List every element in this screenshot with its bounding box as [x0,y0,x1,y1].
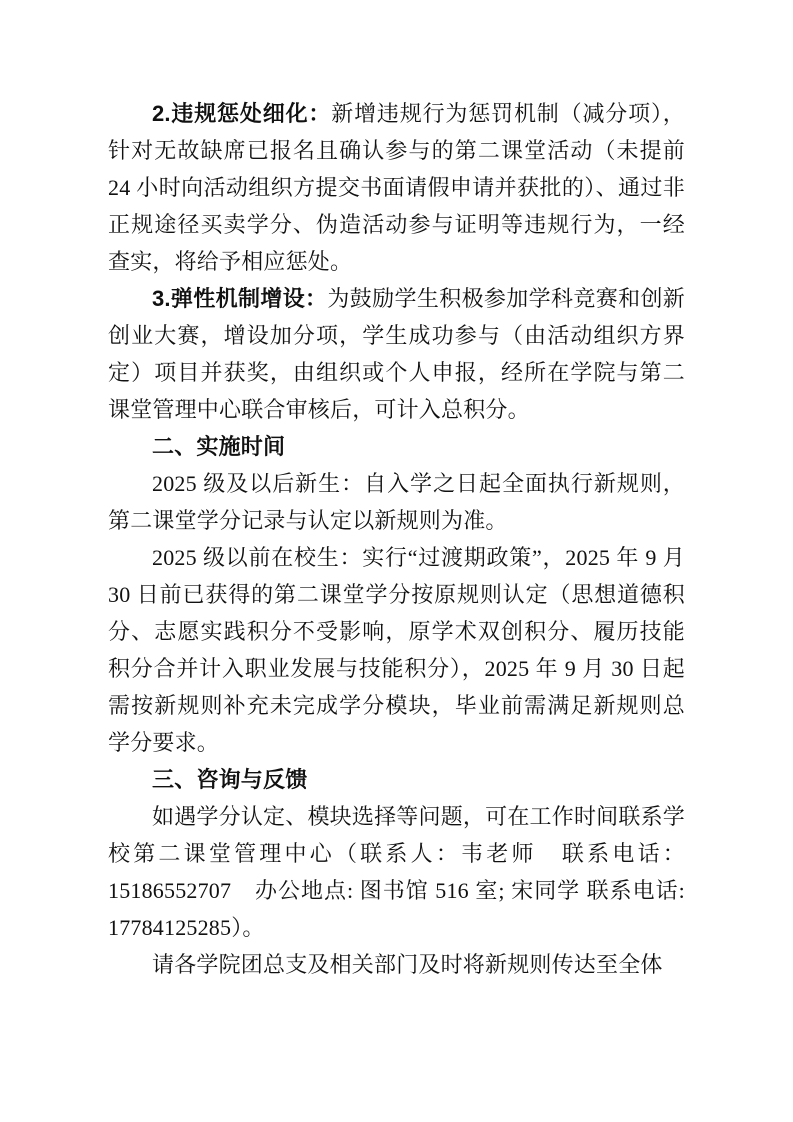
paragraph-violation-penalty-lead: 2.违规惩处细化： [152,101,331,126]
paragraph-flexible-mechanism: 3.弹性机制增设：为鼓励学生积极参加学科竞赛和创新创业大赛，增设加分项，学生成功… [108,280,685,428]
document-page: 2.违规惩处细化：新增违规行为惩罚机制（减分项），针对无故缺席已报名且确认参与的… [0,0,793,1122]
paragraph-contact-info: 如遇学分认定、模块选择等问题，可在工作时间联系学校第二课堂管理中心（联系人：韦老… [108,798,685,946]
heading-implementation-time: 二、实施时间 [108,428,685,465]
paragraph-flexible-mechanism-lead: 3.弹性机制增设： [152,286,327,311]
heading-consultation-feedback: 三、咨询与反馈 [108,761,685,798]
paragraph-violation-penalty-text: 新增违规行为惩罚机制（减分项），针对无故缺席已报名且确认参与的第二课堂活动（未提… [108,101,685,274]
paragraph-current-students: 2025 级以前在校生：实行“过渡期政策”，2025 年 9 月 30 日前已获… [108,539,685,761]
paragraph-notice-distribution: 请各学院团总支及相关部门及时将新规则传达至全体 [108,946,685,983]
document-body: 2.违规惩处细化：新增违规行为惩罚机制（减分项），针对无故缺席已报名且确认参与的… [108,95,685,983]
paragraph-violation-penalty: 2.违规惩处细化：新增违规行为惩罚机制（减分项），针对无故缺席已报名且确认参与的… [108,95,685,280]
paragraph-new-students: 2025 级及以后新生：自入学之日起全面执行新规则，第二课堂学分记录与认定以新规… [108,465,685,539]
